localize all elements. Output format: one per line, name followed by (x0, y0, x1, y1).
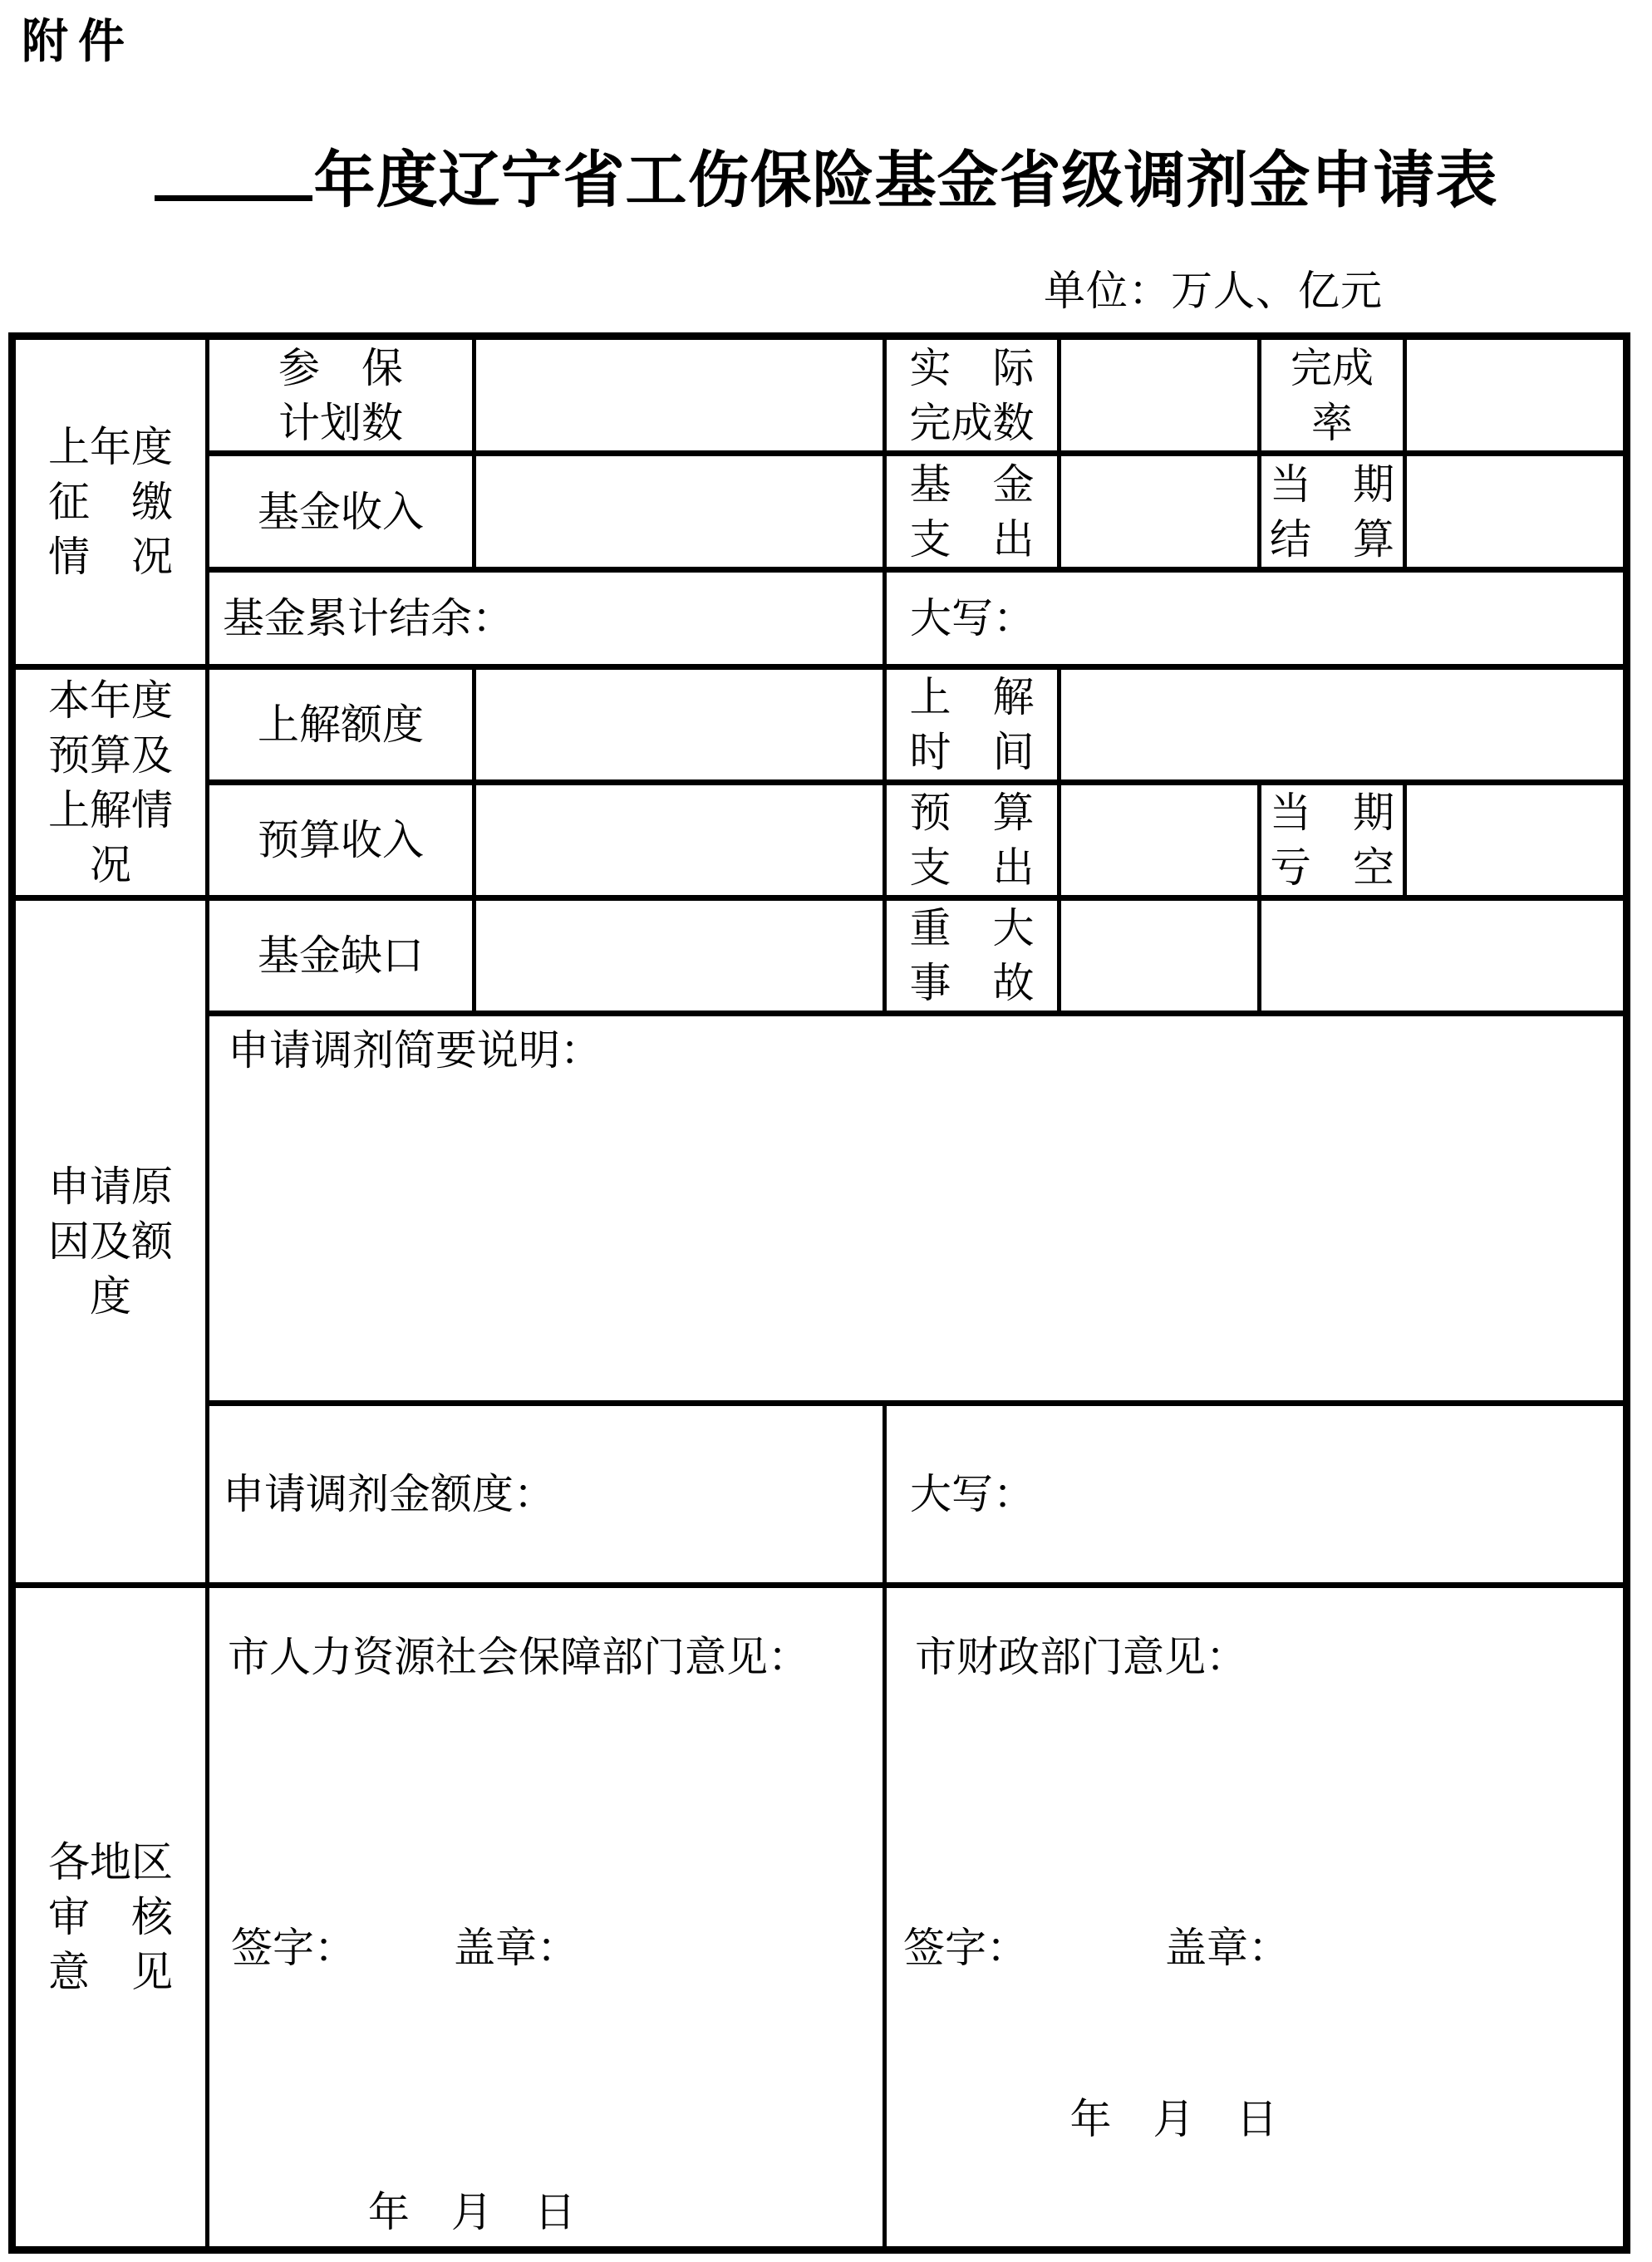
accumulated-balance-label: 基金累计结余： (223, 595, 514, 642)
form-title: 年度辽宁省工伤保险基金省级调剂金申请表 (0, 131, 1652, 219)
completion-rate-label-line: 完成 (1261, 341, 1403, 396)
hr-department-opinion-cell[interactable]: 市人力资源社会保障部门意见： 签字：盖章： 年 月 日 (208, 1586, 885, 2250)
row-budget-income: 预算收入 预 算 支 出 当 期 亏 空 (12, 783, 1627, 898)
major-accident-label-line: 事 故 (887, 956, 1057, 1011)
apply-amount-label: 申请调剂金额度： (223, 1471, 555, 1517)
group-label-line: 度 (16, 1269, 205, 1324)
hr-department-opinion-label: 市人力资源社会保障部门意见： (209, 1588, 883, 1684)
apply-amount-words-cell[interactable]: 大写： (885, 1404, 1627, 1586)
accumulated-balance-cell[interactable]: 基金累计结余： (208, 570, 885, 667)
fund-expense-label-line: 基 金 (887, 457, 1057, 512)
fund-expense-value[interactable] (1060, 454, 1260, 570)
upload-quota-value[interactable] (474, 667, 885, 783)
attachment-note: 附件 (22, 5, 135, 71)
current-deficit-label-line: 亏 空 (1261, 840, 1403, 895)
row-region-review: 各地区 审 核 意 见 市人力资源社会保障部门意见： 签字：盖章： 年 月 日 … (12, 1586, 1627, 2250)
budget-expense-label: 预 算 支 出 (885, 783, 1060, 898)
row-upload-quota: 本年度 预算及 上解情 况 上解额度 上 解 时 间 (12, 667, 1627, 783)
group-label-line: 预算及 (16, 728, 205, 783)
completion-rate-label-line: 率 (1261, 396, 1403, 450)
current-deficit-label-line: 当 期 (1261, 785, 1403, 840)
insured-plan-value[interactable] (474, 337, 885, 454)
group-label-line: 上解情 (16, 783, 205, 838)
hr-sign-seal-line: 签字：盖章： (231, 1920, 578, 1975)
budget-income-value[interactable] (474, 783, 885, 898)
budget-expense-label-line: 支 出 (887, 840, 1057, 895)
finance-department-opinion-cell[interactable]: 市财政部门意见： 签字：盖章： 年 月 日 (885, 1586, 1627, 2250)
group-label-application-reason: 申请原 因及额 度 (12, 898, 208, 1586)
current-deficit-value[interactable] (1405, 783, 1627, 898)
budget-income-label: 预算收入 (208, 783, 474, 898)
row-fund-gap: 申请原 因及额 度 基金缺口 重 大 事 故 (12, 898, 1627, 1014)
actual-completed-label: 实 际 完成数 (885, 337, 1060, 454)
seal-label: 盖章： (454, 1925, 578, 1971)
current-settlement-value[interactable] (1405, 454, 1627, 570)
group-label-line: 意 见 (16, 1945, 205, 1999)
signature-label: 签字： (903, 1925, 1028, 1971)
upload-time-label: 上 解 时 间 (885, 667, 1060, 783)
current-settlement-label-line: 当 期 (1261, 457, 1403, 512)
form-title-text: 年度辽宁省工伤保险基金省级调剂金申请表 (314, 147, 1498, 215)
insured-plan-label-line: 计划数 (209, 396, 472, 450)
budget-expense-label-line: 预 算 (887, 785, 1057, 840)
title-year-blank-line[interactable] (155, 139, 312, 201)
group-label-line: 上年度 (16, 420, 205, 475)
major-accident-extra-value[interactable] (1260, 898, 1627, 1014)
group-label-line: 审 核 (16, 1890, 205, 1945)
fund-gap-label: 基金缺口 (208, 898, 474, 1014)
row-insured: 上年度 征 缴 情 况 参 保 计划数 实 际 完成数 完成 率 (12, 337, 1627, 454)
in-words-label: 大写： (910, 1471, 1035, 1517)
finance-sign-seal-line: 签字：盖章： (903, 1920, 1290, 1975)
upload-quota-label: 上解额度 (208, 667, 474, 783)
major-accident-label-line: 重 大 (887, 901, 1057, 956)
row-accumulated-balance: 基金累计结余： 大写： (12, 570, 1627, 667)
major-accident-value[interactable] (1060, 898, 1260, 1014)
group-label-prev-year-collection: 上年度 征 缴 情 况 (12, 337, 208, 667)
fund-income-value[interactable] (474, 454, 885, 570)
row-fund-income: 基金收入 基 金 支 出 当 期 结 算 (12, 454, 1627, 570)
fund-income-label: 基金收入 (208, 454, 474, 570)
finance-department-opinion-label: 市财政部门意见： (887, 1588, 1623, 1684)
brief-note-label: 申请调剂简要说明： (228, 1027, 602, 1074)
accumulated-balance-words-cell[interactable]: 大写： (885, 570, 1627, 667)
budget-expense-value[interactable] (1060, 783, 1260, 898)
seal-label: 盖章： (1165, 1925, 1290, 1971)
group-label-budget-upload: 本年度 预算及 上解情 况 (12, 667, 208, 898)
upload-time-label-line: 上 解 (887, 670, 1057, 725)
row-apply-amount: 申请调剂金额度： 大写： (12, 1404, 1627, 1586)
apply-amount-cell[interactable]: 申请调剂金额度： (208, 1404, 885, 1586)
group-label-line: 况 (16, 838, 205, 893)
group-label-line: 情 况 (16, 529, 205, 584)
finance-date-line: 年 月 日 (887, 2092, 1461, 2146)
in-words-label: 大写： (910, 595, 1035, 642)
actual-completed-value[interactable] (1060, 337, 1260, 454)
completion-rate-label: 完成 率 (1260, 337, 1405, 454)
fund-expense-label: 基 金 支 出 (885, 454, 1060, 570)
fund-gap-value[interactable] (474, 898, 885, 1014)
group-label-region-review: 各地区 审 核 意 见 (12, 1586, 208, 2250)
upload-time-value[interactable] (1060, 667, 1627, 783)
current-settlement-label-line: 结 算 (1261, 512, 1403, 567)
actual-completed-label-line: 完成数 (887, 396, 1057, 450)
group-label-line: 征 缴 (16, 475, 205, 529)
major-accident-label: 重 大 事 故 (885, 898, 1060, 1014)
unit-note: 单位：万人、亿元 (1044, 258, 1383, 317)
hr-date-line: 年 月 日 (209, 2185, 735, 2240)
group-label-line: 因及额 (16, 1214, 205, 1269)
brief-note-cell[interactable]: 申请调剂简要说明： (208, 1014, 1627, 1404)
completion-rate-value[interactable] (1405, 337, 1627, 454)
application-table: 上年度 征 缴 情 况 参 保 计划数 实 际 完成数 完成 率 基金收入 基 … (8, 332, 1630, 2254)
group-label-line: 各地区 (16, 1835, 205, 1890)
signature-label: 签字： (231, 1925, 356, 1971)
current-settlement-label: 当 期 结 算 (1260, 454, 1405, 570)
upload-time-label-line: 时 间 (887, 725, 1057, 779)
current-deficit-label: 当 期 亏 空 (1260, 783, 1405, 898)
group-label-line: 本年度 (16, 673, 205, 728)
fund-expense-label-line: 支 出 (887, 512, 1057, 567)
insured-plan-label: 参 保 计划数 (208, 337, 474, 454)
group-label-line: 申请原 (16, 1159, 205, 1214)
row-brief-note: 申请调剂简要说明： (12, 1014, 1627, 1404)
insured-plan-label-line: 参 保 (209, 341, 472, 396)
actual-completed-label-line: 实 际 (887, 341, 1057, 396)
